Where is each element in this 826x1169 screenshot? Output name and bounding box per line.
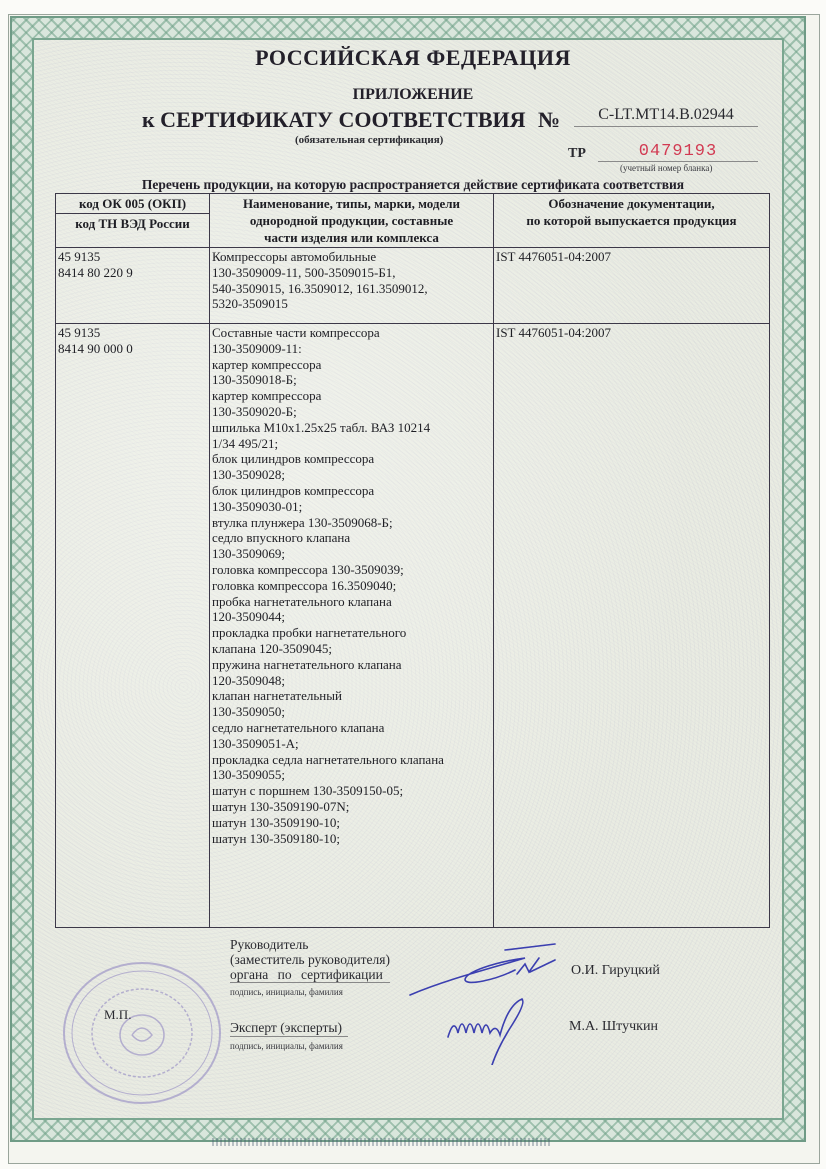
head-signature-caption: подпись, инициалы, фамилия: [230, 987, 343, 997]
blank-prefix: ТР: [568, 146, 586, 162]
expert-role: Эксперт (эксперты): [230, 1020, 348, 1037]
blank-number: 0479193: [598, 142, 758, 162]
product-name-line: шатун 130-3509190-10;: [212, 815, 491, 831]
product-name-line: прокладка пробки нагнетательного: [212, 625, 491, 641]
product-name-line: 130-3509028;: [212, 467, 491, 483]
header-code-okp: код ОК 005 (ОКП): [56, 194, 209, 213]
stamp-seal-icon: [58, 955, 226, 1105]
product-name-line: блок цилиндров компрессора: [212, 451, 491, 467]
product-name: Составные части компрессора130-3509009-1…: [210, 324, 494, 928]
product-name-line: шатун 130-3509190-07N;: [212, 799, 491, 815]
certificate-number: C-LT.МТ14.В.02944: [574, 106, 758, 127]
product-name-line: 130-3509069;: [212, 546, 491, 562]
product-doc: IST 4476051-04:2007: [494, 324, 770, 928]
product-name-line: втулка плунжера 130-3509068-Б;: [212, 515, 491, 531]
certification-type: (обязательная сертификация): [295, 134, 443, 146]
product-name-line: 130-3509051-А;: [212, 736, 491, 752]
product-name-line: седло впускного клапана: [212, 530, 491, 546]
expert-name: М.А. Штучкин: [569, 1019, 658, 1035]
table-row: 45 91358414 90 000 0Составные части комп…: [56, 324, 770, 928]
product-name-line: шатун 130-3509180-10;: [212, 831, 491, 847]
expert-signature-caption: подпись, инициалы, фамилия: [230, 1041, 343, 1051]
product-codes: 45 91358414 80 220 9: [56, 248, 210, 324]
head-name: О.И. Гируцкий: [571, 963, 660, 979]
country-title: РОССИЙСКАЯ ФЕДЕРАЦИЯ: [0, 45, 826, 71]
products-table: код ОК 005 (ОКП) код ТН ВЭД России Наиме…: [55, 193, 770, 928]
product-name-line: пробка нагнетательного клапана: [212, 594, 491, 610]
product-name-line: прокладка седла нагнетательного клапана: [212, 752, 491, 768]
printer-imprint: [212, 1138, 552, 1146]
product-name-line: 120-3509048;: [212, 673, 491, 689]
product-name-line: головка компрессора 130-3509039;: [212, 562, 491, 578]
table-header-row: код ОК 005 (ОКП) код ТН ВЭД России Наиме…: [56, 194, 770, 248]
product-name-line: 130-3509020-Б;: [212, 404, 491, 420]
blank-caption: (учетный номер бланка): [620, 163, 712, 173]
product-name-line: клапан нагнетательный: [212, 688, 491, 704]
product-name: Компрессоры автомобильные130-3509009-11,…: [210, 248, 494, 324]
doc-standard: IST 4476051-04:2007: [496, 325, 767, 341]
code-tnved: 8414 80 220 9: [58, 265, 207, 281]
header-docs: Обозначение документации, по которой вып…: [494, 194, 770, 248]
stamp-label: М.П.: [104, 1007, 131, 1023]
product-name-line: 130-3509018-Б;: [212, 372, 491, 388]
product-name-line: пружина нагнетательного клапана: [212, 657, 491, 673]
product-name-line: седло нагнетательного клапана: [212, 720, 491, 736]
head-role: Руководитель (заместитель руководителя) …: [230, 937, 390, 983]
product-name-line: картер компрессора: [212, 388, 491, 404]
product-name-line: 130-3509030-01;: [212, 499, 491, 515]
product-name-line: шатун с поршнем 130-3509150-05;: [212, 783, 491, 799]
head-signature-icon: [405, 940, 565, 1000]
product-name-line: 540-3509015, 16.3509012, 161.3509012,: [212, 281, 491, 297]
certificate-title: к СЕРТИФИКАТУ СООТВЕТСТВИЯ: [142, 107, 526, 133]
table-row: 45 91358414 80 220 9Компрессоры автомоби…: [56, 248, 770, 324]
product-list-heading: Перечень продукции, на которую распростр…: [0, 177, 826, 193]
product-name-line: шпилька М10х1.25х25 табл. ВАЗ 10214: [212, 420, 491, 436]
header-codes: код ОК 005 (ОКП) код ТН ВЭД России: [56, 194, 210, 248]
code-okp: 45 9135: [58, 249, 207, 265]
product-name-line: картер компрессора: [212, 357, 491, 373]
code-tnved: 8414 90 000 0: [58, 341, 207, 357]
code-okp: 45 9135: [58, 325, 207, 341]
header-code-tnved: код ТН ВЭД России: [56, 213, 209, 233]
product-name-line: клапана 120-3509045;: [212, 641, 491, 657]
product-name-line: 130-3509055;: [212, 767, 491, 783]
product-name-line: головка компрессора 16.3509040;: [212, 578, 491, 594]
product-doc: IST 4476051-04:2007: [494, 248, 770, 324]
product-name-line: 1/34 495/21;: [212, 436, 491, 452]
header-name: Наименование, типы, марки, модели одноро…: [210, 194, 494, 248]
product-name-line: 120-3509044;: [212, 609, 491, 625]
product-name-line: Компрессоры автомобильные: [212, 249, 491, 265]
number-sign: №: [538, 107, 560, 133]
appendix-title: ПРИЛОЖЕНИЕ: [0, 86, 826, 104]
doc-standard: IST 4476051-04:2007: [496, 249, 767, 265]
product-codes: 45 91358414 90 000 0: [56, 324, 210, 928]
product-name-line: 5320-3509015: [212, 296, 491, 312]
expert-signature-icon: [440, 995, 550, 1065]
product-name-line: 130-3509009-11:: [212, 341, 491, 357]
certificate-appendix: РОССИЙСКАЯ ФЕДЕРАЦИЯ ПРИЛОЖЕНИЕ к СЕРТИФ…: [0, 0, 826, 1169]
product-name-line: 130-3509050;: [212, 704, 491, 720]
product-name-line: Составные части компрессора: [212, 325, 491, 341]
product-name-line: блок цилиндров компрессора: [212, 483, 491, 499]
product-name-line: 130-3509009-11, 500-3509015-Б1,: [212, 265, 491, 281]
